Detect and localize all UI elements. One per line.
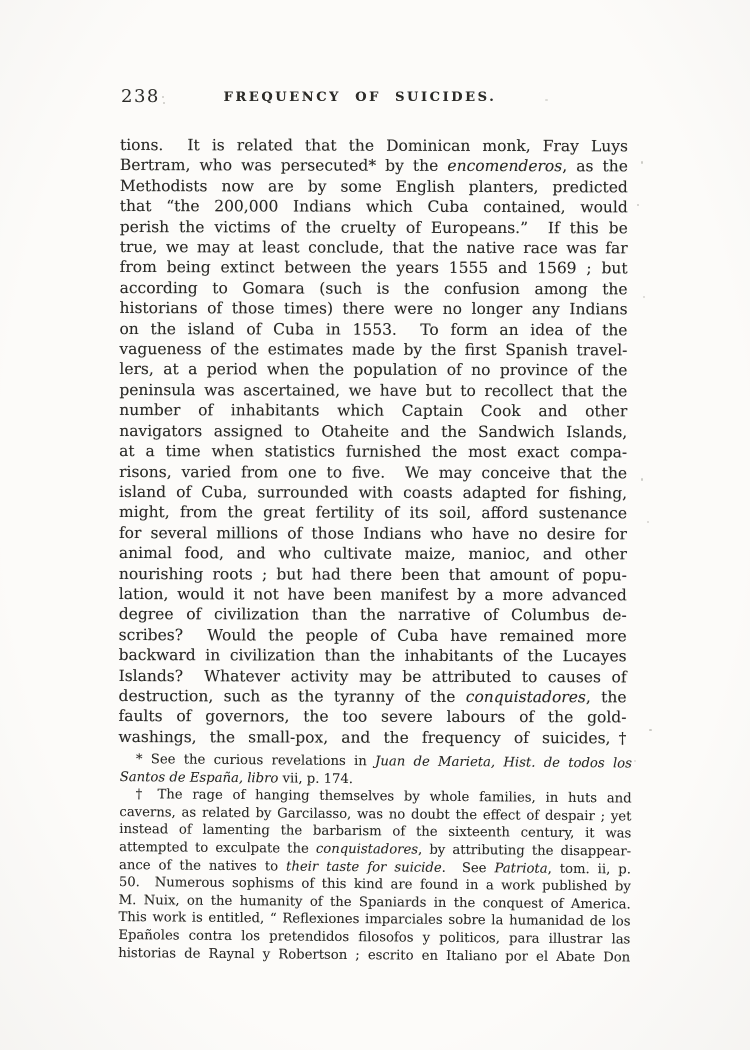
text-run: risons, varied from one to five. We may … xyxy=(119,462,627,481)
text-run: number of inhabitants which Captain Cook… xyxy=(119,401,627,420)
text-line: lers, at a period when the population of… xyxy=(119,359,627,381)
text-line: risons, varied from one to five. We may … xyxy=(119,461,627,483)
text-run: island of Cuba, surrounded with coasts a… xyxy=(119,483,627,502)
italic-text: Juan de Marieta, Hist. de todos los xyxy=(375,754,632,771)
text-run: from being extinct between the years 155… xyxy=(120,258,628,277)
text-line: nourishing roots ; but had there been th… xyxy=(119,564,627,586)
text-run: navigators assigned to Otaheite and the … xyxy=(119,422,627,441)
text-line: for several millions of those Indians wh… xyxy=(119,523,627,545)
text-line: historias de Raynal y Robertson ; escrit… xyxy=(118,945,630,967)
text-run: for several millions of those Indians wh… xyxy=(119,524,627,543)
text-run: Bertram, who was persecuted* by the xyxy=(120,156,448,175)
text-line: Islands? Whatever activity may be attrib… xyxy=(119,666,627,688)
text-run: Islands? Whatever activity may be attrib… xyxy=(119,667,627,686)
italic-text: encomenderos xyxy=(447,157,562,175)
footnotes: * See the curious revelations in Juan de… xyxy=(118,751,632,967)
text-line: degree of civilization than the narrativ… xyxy=(119,604,627,626)
text-run: vagueness of the estimates made by the f… xyxy=(119,340,627,359)
body-text: tions. It is related that the Dominican … xyxy=(118,135,628,749)
italic-text: Patriota xyxy=(494,861,547,876)
text-run: * See the curious revelations in xyxy=(136,752,375,769)
text-line: according to Gomara (such is the confusi… xyxy=(120,278,628,300)
scan-speck xyxy=(637,204,639,206)
text-run: lers, at a period when the population of… xyxy=(119,360,627,379)
text-line: might, from the great fertility of its s… xyxy=(119,502,627,524)
text-line: island of Cuba, surrounded with coasts a… xyxy=(119,482,627,504)
text-line: true, we may at least conclude, that the… xyxy=(120,237,628,259)
text-run: , as the xyxy=(562,158,628,176)
scan-speck xyxy=(649,729,652,731)
text-run: perish the victims of the cruelty of Eur… xyxy=(120,218,628,237)
scan-speck xyxy=(641,478,643,481)
text-run: ance of the natives to xyxy=(119,858,286,874)
scan-speck xyxy=(643,296,645,298)
text-line: peninsula was ascertained, we have but t… xyxy=(119,380,627,402)
text-run: true, we may at least conclude, that the… xyxy=(120,238,628,257)
text-run: tions. It is related that the Dominican … xyxy=(120,136,628,155)
text-line: at a time when statistics furnished the … xyxy=(119,441,627,463)
text-run: according to Gomara (such is the confusi… xyxy=(120,279,628,298)
text-run: might, from the great fertility of its s… xyxy=(119,503,627,522)
italic-text: conquistadores xyxy=(316,842,418,858)
text-line: historians of those times) there were no… xyxy=(120,298,628,320)
text-line: backward in civilization than the inhabi… xyxy=(119,645,627,667)
text-line: that “the 200,000 Indians which Cuba con… xyxy=(120,196,628,218)
text-run: historias de Raynal y Robertson ; escrit… xyxy=(118,946,630,965)
text-line: faults of governors, the too severe labo… xyxy=(118,706,626,728)
text-line: washings, the small-pox, and the frequen… xyxy=(118,727,626,749)
text-line: perish the victims of the cruelty of Eur… xyxy=(120,217,628,239)
text-line: scribes? Would the people of Cuba have r… xyxy=(119,625,627,647)
text-run: washings, the small-pox, and the frequen… xyxy=(118,728,626,747)
text-line: from being extinct between the years 155… xyxy=(120,257,628,279)
text-run: backward in civilization than the inhabi… xyxy=(119,646,627,665)
text-line: navigators assigned to Otaheite and the … xyxy=(119,421,627,443)
text-run: vii, p. 174. xyxy=(278,771,353,787)
text-line: tions. It is related that the Dominican … xyxy=(120,135,628,157)
text-run: on the island of Cuba in 1553. To form a… xyxy=(119,320,627,339)
running-title: FREQUENCY OF SUICIDES. xyxy=(106,86,614,105)
text-run: . See xyxy=(442,860,495,875)
text-run: at a time when statistics furnished the … xyxy=(119,442,627,461)
text-line: Bertram, who was persecuted* by the enco… xyxy=(120,155,628,177)
text-run: , the xyxy=(586,688,627,706)
text-run: scribes? Would the people of Cuba have r… xyxy=(119,626,627,645)
text-run: Methodists now are by some English plant… xyxy=(120,177,628,196)
scan-speck xyxy=(641,161,643,164)
text-run: animal food, and who cultivate maize, ma… xyxy=(119,544,627,563)
text-line: vagueness of the estimates made by the f… xyxy=(119,339,627,361)
text-run: , tom. ii, p. xyxy=(548,861,632,877)
text-line: number of inhabitants which Captain Cook… xyxy=(119,400,627,422)
text-run: lation, would it not have been manifest … xyxy=(119,585,627,604)
scan-speck xyxy=(647,521,649,523)
text-line: Methodists now are by some English plant… xyxy=(120,176,628,198)
text-run: Epañoles contra los pretendidos filosofo… xyxy=(118,928,630,947)
text-run: nourishing roots ; but had there been th… xyxy=(119,565,627,584)
text-run: historians of those times) there were no… xyxy=(120,299,628,318)
text-run: † The rage of hanging themselves by whol… xyxy=(136,787,632,806)
text-line: destruction, such as the tyranny of the … xyxy=(119,686,627,708)
italic-text: their taste for suicide xyxy=(286,859,442,875)
text-run: destruction, such as the tyranny of the xyxy=(119,687,466,706)
italic-text: conquistadores xyxy=(466,688,586,706)
text-run: , by attributing the disappear- xyxy=(418,843,631,860)
text-run: that “the 200,000 Indians which Cuba con… xyxy=(120,197,628,216)
text-run: faults of governors, the too severe labo… xyxy=(118,707,626,726)
text-line: on the island of Cuba in 1553. To form a… xyxy=(119,319,627,341)
text-run: degree of civilization than the narrativ… xyxy=(119,605,627,624)
text-line: animal food, and who cultivate maize, ma… xyxy=(119,543,627,565)
book-page: 238 FREQUENCY OF SUICIDES. tions. It is … xyxy=(0,0,750,1050)
scan-speck xyxy=(634,760,636,762)
running-head: 238 FREQUENCY OF SUICIDES. xyxy=(120,86,628,110)
italic-text: Santos de España, libro xyxy=(120,770,279,786)
text-run: attempted to exculpate the xyxy=(119,840,316,857)
text-run: peninsula was ascertained, we have but t… xyxy=(119,381,627,400)
text-line: lation, would it not have been manifest … xyxy=(119,584,627,606)
